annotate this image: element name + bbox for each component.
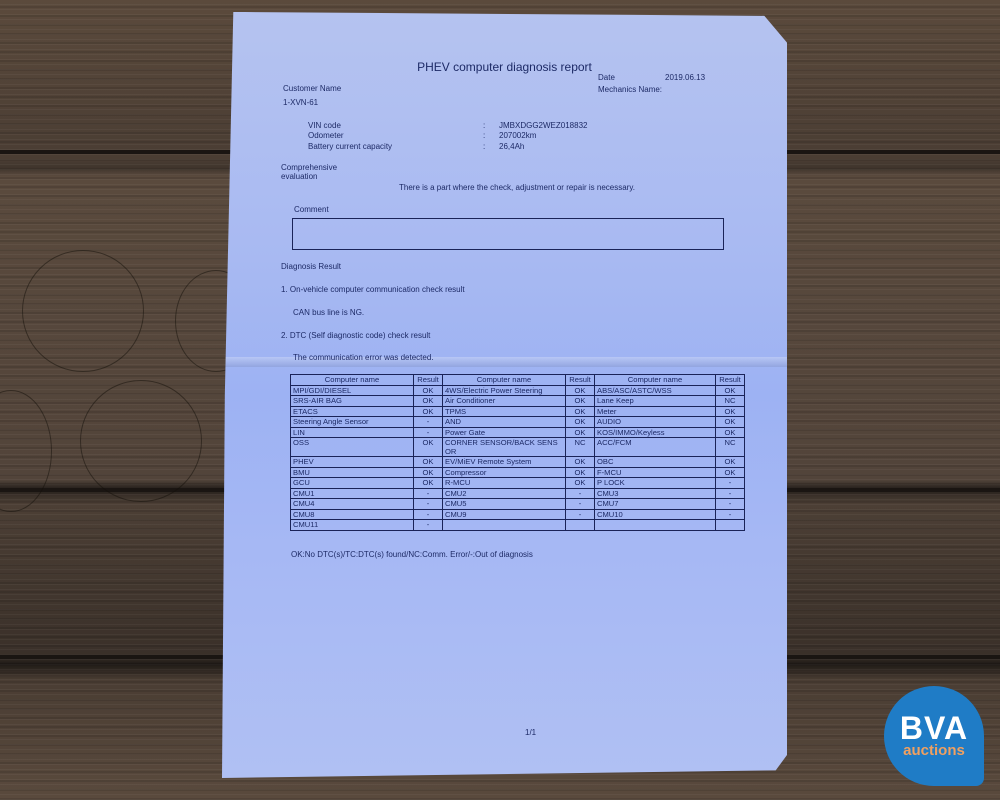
computer-name-cell: Meter [595, 406, 716, 417]
computer-name-cell: PHEV [291, 457, 414, 468]
result-cell [716, 520, 745, 531]
computer-name-cell: CMU1 [291, 488, 414, 499]
vin-label: VIN code [308, 121, 341, 130]
result-cell: - [414, 499, 443, 510]
result-cell: - [566, 499, 595, 510]
comment-label: Comment [294, 205, 329, 214]
battery-capacity-value: 26,4Ah [499, 142, 524, 151]
computer-name-cell: AUDIO [595, 417, 716, 428]
report-title: PHEV computer diagnosis report [222, 60, 787, 74]
section2-title: 2. DTC (Self diagnostic code) check resu… [281, 331, 430, 340]
result-cell: OK [716, 457, 745, 468]
result-legend: OK:No DTC(s)/TC:DTC(s) found/NC:Comm. Er… [291, 550, 533, 559]
computer-name-cell: CMU3 [595, 488, 716, 499]
computer-name-cell [595, 520, 716, 531]
result-cell: - [414, 427, 443, 438]
computer-name-cell: Lane Keep [595, 396, 716, 407]
page-number: 1/1 [525, 728, 536, 737]
table-header-row: Computer name Result Computer name Resul… [291, 375, 745, 386]
computer-name-cell: OBC [595, 457, 716, 468]
date-value: 2019.06.13 [665, 73, 705, 82]
col-header-computer-name: Computer name [443, 375, 566, 386]
computer-name-cell: SRS-AIR BAG [291, 396, 414, 407]
wood-ring-mark [22, 250, 144, 372]
computer-name-cell: CMU5 [443, 499, 566, 510]
result-cell: - [414, 520, 443, 531]
result-cell: OK [566, 406, 595, 417]
table-row: Steering Angle Sensor-ANDOKAUDIOOK [291, 417, 745, 428]
computer-name-cell: BMU [291, 467, 414, 478]
vin-value: JMBXDGG2WEZ018832 [499, 121, 587, 130]
bva-auctions-logo: BVA auctions [884, 686, 984, 786]
result-cell: - [716, 499, 745, 510]
diagnosis-report-paper: PHEV computer diagnosis report Date 2019… [222, 12, 787, 778]
logo-brand: BVA [900, 713, 968, 743]
result-cell: OK [716, 467, 745, 478]
vin-separator: : [483, 121, 485, 130]
result-cell: - [566, 488, 595, 499]
result-cell: - [414, 509, 443, 520]
battery-capacity-label: Battery current capacity [308, 142, 392, 151]
result-cell: - [716, 488, 745, 499]
result-cell: OK [414, 406, 443, 417]
computer-name-cell: Steering Angle Sensor [291, 417, 414, 428]
odometer-separator: : [483, 131, 485, 140]
col-header-result: Result [414, 375, 443, 386]
result-cell: NC [716, 396, 745, 407]
result-cell: - [414, 417, 443, 428]
computer-name-cell: KOS/IMMO/Keyless [595, 427, 716, 438]
table-row: CMU11- [291, 520, 745, 531]
computer-name-cell: LIN [291, 427, 414, 438]
computer-name-cell: CMU7 [595, 499, 716, 510]
table-row: CMU4-CMU5-CMU7- [291, 499, 745, 510]
computer-name-cell: Compressor [443, 467, 566, 478]
result-cell: OK [566, 467, 595, 478]
section1-title: 1. On-vehicle computer communication che… [281, 285, 465, 294]
odometer-label: Odometer [308, 131, 344, 140]
computer-name-cell: CMU9 [443, 509, 566, 520]
result-cell: OK [566, 385, 595, 396]
date-label: Date [598, 73, 615, 82]
col-header-computer-name: Computer name [291, 375, 414, 386]
odometer-value: 207002km [499, 131, 536, 140]
result-cell: OK [566, 417, 595, 428]
computer-name-cell: OSS [291, 438, 414, 457]
result-cell: OK [716, 427, 745, 438]
wood-ring-mark [80, 380, 202, 502]
dtc-result-table: Computer name Result Computer name Resul… [290, 374, 745, 531]
result-cell: OK [566, 457, 595, 468]
table-row: CMU8-CMU9-CMU10- [291, 509, 745, 520]
wood-ring-mark [0, 390, 52, 512]
result-cell: NC [716, 438, 745, 457]
table-row: LIN-Power GateOKKOS/IMMO/KeylessOK [291, 427, 745, 438]
table-row: BMUOKCompressorOKF-MCUOK [291, 467, 745, 478]
table-row: ETACSOKTPMSOKMeterOK [291, 406, 745, 417]
battery-separator: : [483, 142, 485, 151]
result-cell [566, 520, 595, 531]
result-cell: - [716, 509, 745, 520]
license-plate: 1-XVN-61 [283, 98, 318, 107]
evaluation-label-2: evaluation [281, 172, 317, 181]
result-cell: OK [414, 385, 443, 396]
result-cell: - [716, 478, 745, 489]
computer-name-cell: P LOCK [595, 478, 716, 489]
computer-name-cell [443, 520, 566, 531]
result-cell: OK [716, 417, 745, 428]
computer-name-cell: R-MCU [443, 478, 566, 489]
computer-name-cell: CMU10 [595, 509, 716, 520]
table-row: GCUOKR-MCUOKP LOCK- [291, 478, 745, 489]
section1-text: CAN bus line is NG. [293, 308, 364, 317]
computer-name-cell: CMU11 [291, 520, 414, 531]
col-header-result: Result [566, 375, 595, 386]
computer-name-cell: CMU2 [443, 488, 566, 499]
table-row: PHEVOKEV/MiEV Remote SystemOKOBCOK [291, 457, 745, 468]
mechanics-name-label: Mechanics Name: [598, 85, 662, 94]
computer-name-cell: 4WS/Electric Power Steering [443, 385, 566, 396]
col-header-computer-name: Computer name [595, 375, 716, 386]
computer-name-cell: GCU [291, 478, 414, 489]
result-cell: OK [414, 467, 443, 478]
result-cell: OK [716, 406, 745, 417]
computer-name-cell: ABS/ASC/ASTC/WSS [595, 385, 716, 396]
computer-name-cell: Power Gate [443, 427, 566, 438]
evaluation-label: Comprehensive [281, 163, 337, 172]
computer-name-cell: AND [443, 417, 566, 428]
table-row: CMU1-CMU2-CMU3- [291, 488, 745, 499]
result-cell: - [414, 488, 443, 499]
computer-name-cell: CMU4 [291, 499, 414, 510]
table-row: SRS-AIR BAGOKAir ConditionerOKLane KeepN… [291, 396, 745, 407]
section2-text: The communication error was detected. [293, 353, 434, 362]
col-header-result: Result [716, 375, 745, 386]
evaluation-text: There is a part where the check, adjustm… [399, 183, 635, 192]
result-cell: OK [414, 396, 443, 407]
result-cell: OK [566, 396, 595, 407]
computer-name-cell: F-MCU [595, 467, 716, 478]
diagnosis-result-label: Diagnosis Result [281, 262, 341, 271]
result-cell: OK [566, 478, 595, 489]
result-cell: OK [414, 478, 443, 489]
computer-name-cell: TPMS [443, 406, 566, 417]
computer-name-cell: EV/MiEV Remote System [443, 457, 566, 468]
computer-name-cell: ACC/FCM [595, 438, 716, 457]
customer-name-label: Customer Name [283, 84, 341, 93]
logo-subtitle: auctions [903, 743, 965, 759]
result-cell: - [566, 509, 595, 520]
result-cell: NC [566, 438, 595, 457]
computer-name-cell: CMU8 [291, 509, 414, 520]
table-row: OSSOKCORNER SENSOR/BACK SENSORNCACC/FCMN… [291, 438, 745, 457]
comment-box [292, 218, 724, 250]
computer-name-cell: ETACS [291, 406, 414, 417]
result-cell: OK [566, 427, 595, 438]
computer-name-cell: MPI/GDI/DIESEL [291, 385, 414, 396]
computer-name-cell: Air Conditioner [443, 396, 566, 407]
computer-name-cell: CORNER SENSOR/BACK SENSOR [443, 438, 566, 457]
result-cell: OK [716, 385, 745, 396]
result-cell: OK [414, 438, 443, 457]
table-body: MPI/GDI/DIESELOK4WS/Electric Power Steer… [291, 385, 745, 530]
result-cell: OK [414, 457, 443, 468]
table-row: MPI/GDI/DIESELOK4WS/Electric Power Steer… [291, 385, 745, 396]
